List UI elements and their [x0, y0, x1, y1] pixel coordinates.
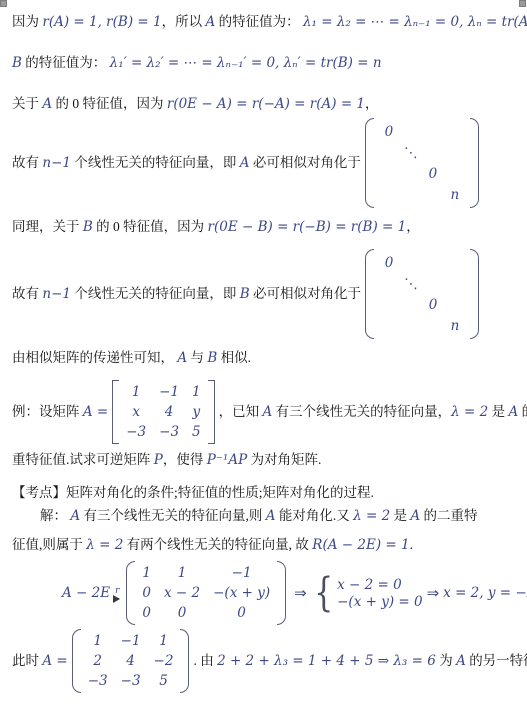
matrix-cell: x [132, 404, 140, 420]
matrix-cell: 5 [159, 673, 168, 689]
matrix-cell: 0 [429, 297, 438, 313]
matrix-cell: 1 [192, 384, 201, 400]
math-run: B [83, 219, 93, 235]
final-matrix-a: 1 −1 1 2 4 −2 −3 −3 5 [72, 629, 190, 693]
left-paren [126, 561, 135, 625]
math-run: n−1 [42, 155, 71, 171]
text-run: 能对角化.又 [276, 508, 354, 523]
math-run: λ₁′ = λ₂′ = ⋯ = λₙ₋₁′ = 0, λₙ′ = tr(B) =… [110, 55, 382, 71]
text-run: 是 [488, 404, 508, 419]
matrix-cell: 4 [126, 653, 135, 669]
para-similarity-conclusion: 由相似矩阵的传递性可知， A 与 B 相似. [12, 348, 525, 368]
text-run: 的特征值为： [215, 14, 303, 29]
text-run: ， [406, 219, 420, 234]
matrix-cell: 0 [385, 255, 394, 271]
text-run: 故有 [12, 155, 42, 170]
text-run: 征值,则属于 [12, 537, 86, 552]
example-matrix-a: 1 −1 1 x 4 y −3 −3 5 [112, 380, 214, 444]
reduced-matrix: 1 1 −1 0 x − 2 −(x + y) 0 0 0 [126, 561, 286, 625]
matrix-cell: 0 [429, 166, 438, 182]
matrix-cell: x − 2 [164, 585, 200, 601]
matrix-cell: −3 [159, 424, 179, 440]
math-run: r(0E − A) = r(−A) = r(A) = 1 [167, 96, 365, 112]
left-bracket [112, 380, 119, 444]
para-diagonalize-b: 故有 n−1 个线性无关的特征向量，即 B 必可相似对角化于 [12, 284, 361, 304]
matrix-cell: −1 [121, 633, 141, 649]
text-run: 的特征值为： [22, 55, 110, 70]
equation-2: −(x + y) = 0 [337, 594, 422, 610]
text-run: 的二重特 [420, 508, 477, 523]
text-run: ， [365, 96, 379, 111]
matrix-cell: n [451, 318, 460, 334]
diag-dots: ⋱ [404, 145, 418, 161]
para-solution-line1: 解： A 有三个线性无关的特征向量,则 A 能对角化.又 λ = 2 是 A 的… [12, 506, 525, 526]
text-run: 有两个线性无关的特征向量, 故 [123, 537, 312, 552]
right-paren [277, 561, 286, 625]
math-run: r(A) = 1, r(B) = 1 [42, 14, 161, 30]
arrow-shaft [115, 598, 119, 599]
math-run: A = [83, 404, 108, 420]
math-run: B [12, 55, 22, 71]
matrix-cell: 0 [142, 605, 151, 621]
equation-system-lines: x − 2 = 0 −(x + y) = 0 [337, 577, 422, 610]
matrix-cell: −1 [232, 565, 252, 581]
math-run: A [70, 508, 80, 524]
diag-dots: ⋱ [404, 276, 418, 292]
diagonal-matrix-a: 0 ⋱ 0 n [365, 118, 479, 208]
matrix-cell: 0 [142, 585, 151, 601]
text-run: 由相似矩阵的传递性可知， [12, 350, 177, 365]
para-exam-points: 【考点】矩阵对角化的条件;特征值的性质;矩阵对角化的过程. [12, 483, 525, 502]
text-run: 为对角矩阵. [247, 452, 321, 467]
matrix-cell: −3 [121, 673, 141, 689]
text-run: 的另一特征值. [466, 653, 527, 668]
text-run: ，使得 [163, 452, 207, 467]
math-run: P⁻¹AP [207, 452, 247, 468]
text-run: 有三个线性无关的特征向量， [272, 404, 451, 419]
math-run: A [42, 96, 52, 112]
selection-handle-top-left[interactable] [0, 0, 7, 7]
math-run: λ = 2 [86, 537, 123, 553]
diagonal-matrix-b: 0 ⋱ 0 n [365, 249, 479, 339]
math-run: A [263, 404, 273, 420]
equation-system: { x − 2 = 0 −(x + y) = 0 [311, 573, 423, 613]
matrix-cell: 1 [93, 633, 102, 649]
math-run: r(0E − B) = r(−B) = r(B) = 1 [208, 219, 407, 235]
row-final-matrix: 此时 A = 1 −1 1 2 4 −2 −3 −3 5 . 由 2 + 2 +… [12, 629, 525, 693]
diagonal-matrix-b-cells: 0 ⋱ 0 n [374, 249, 470, 339]
text-run: ，所以 [162, 14, 206, 29]
right-paren [180, 629, 189, 693]
text-run: 解： [40, 508, 70, 523]
left-paren [365, 249, 374, 339]
text-run: 有三个线性无关的特征向量,则 [80, 508, 266, 523]
selection-handle-top-right[interactable] [519, 0, 526, 7]
matrix-cell: 0 [385, 124, 394, 140]
reduced-matrix-cells: 1 1 −1 0 x − 2 −(x + y) 0 0 0 [135, 561, 277, 625]
document-page: 因为 r(A) = 1, r(B) = 1，所以 A 的特征值为： λ₁ = λ… [0, 0, 527, 719]
matrix-cell: 0 [178, 605, 187, 621]
text-run: 因为 [12, 14, 42, 29]
text-run: 相似. [217, 350, 251, 365]
matrix-cell: 1 [178, 565, 187, 581]
text-run: 例：设矩阵 [12, 404, 83, 419]
text-run: 与 [187, 350, 207, 365]
math-run: A [456, 653, 466, 669]
right-paren [470, 249, 479, 339]
math-run: λ = 2 [353, 508, 390, 524]
left-paren [72, 629, 81, 693]
text-run: 的 0 特征值，因为 [93, 219, 208, 234]
matrix-cell: y [193, 404, 201, 420]
row-reduce-arrow: r [115, 587, 119, 599]
text-run: 个线性无关的特征向量，即 [71, 286, 240, 301]
math-run: n−1 [42, 286, 71, 302]
matrix-cell: −3 [126, 424, 146, 440]
math-run: A [205, 14, 215, 30]
text-run: 【考点】矩阵对角化的条件;特征值的性质;矩阵对角化的过程. [12, 485, 374, 500]
matrix-cell: n [451, 187, 460, 203]
text-run: 必可相似对角化于 [250, 286, 361, 301]
solution-xy: x = 2, y = −2 [443, 585, 527, 601]
text-run: 重特征值.试求可逆矩阵 [12, 452, 154, 467]
matrix-cell: −(x + y) [213, 585, 270, 601]
text-run: 是 [390, 508, 410, 523]
math-run: λ = 2 [451, 404, 488, 420]
diagonal-matrix-a-cells: 0 ⋱ 0 n [374, 118, 470, 208]
matrix-cell: 1 [159, 633, 168, 649]
math-run: P [154, 452, 163, 468]
para-example-question: 重特征值.试求可逆矩阵 P，使得 P⁻¹AP 为对角矩阵. [12, 450, 525, 470]
para-zero-eigenvalue-a: 关于 A 的 0 特征值，因为 r(0E − A) = r(−A) = r(A)… [12, 94, 525, 114]
row-row-reduction: A − 2E r 1 1 −1 0 x − 2 −(x + y) 0 0 0 [62, 561, 525, 625]
matrix-cell: −1 [159, 384, 179, 400]
right-paren [470, 118, 479, 208]
para-final-lead: 此时 A = [12, 651, 68, 671]
expression-a-minus-2e: A − 2E [62, 585, 110, 601]
para-eigenvalues-of-b: B 的特征值为： λ₁′ = λ₂′ = ⋯ = λₙ₋₁′ = 0, λₙ′ … [12, 53, 525, 73]
math-run: R(A − 2E) = 1 [312, 537, 409, 553]
row-diagonalize-b: 故有 n−1 个线性无关的特征向量，即 B 必可相似对角化于 0 ⋱ 0 n [12, 249, 525, 339]
para-example-lead: 例：设矩阵 A = [12, 402, 108, 422]
matrix-cell: 1 [142, 565, 151, 581]
text-run: 此时 [12, 653, 42, 668]
final-matrix-cells: 1 −1 1 2 4 −2 −3 −3 5 [81, 629, 181, 693]
text-run: 故有 [12, 286, 42, 301]
math-run: A [508, 404, 518, 420]
matrix-cell: 2 [93, 653, 102, 669]
example-matrix-cells: 1 −1 1 x 4 y −3 −3 5 [119, 380, 207, 444]
para-solution-line2: 征值,则属于 λ = 2 有两个线性无关的特征向量, 故 R(A − 2E) =… [12, 535, 525, 555]
para-example-tail: ，已知 A 有三个线性无关的特征向量，λ = 2 是 A 的二 [219, 402, 527, 422]
text-run: 必可相似对角化于 [249, 155, 360, 170]
text-run: 关于 [12, 96, 42, 111]
matrix-cell: 5 [192, 424, 201, 440]
matrix-cell: 1 [132, 384, 141, 400]
math-run: A [266, 508, 276, 524]
math-run: A [177, 350, 187, 366]
text-run: 为 [436, 653, 456, 668]
left-brace: { [314, 573, 333, 613]
equation-1: x − 2 = 0 [337, 577, 422, 593]
matrix-cell: 4 [165, 404, 174, 420]
math-run: λ₁ = λ₂ = ⋯ = λₙ₋₁ = 0, λₙ = tr(A) = n [303, 14, 527, 30]
matrix-cell: −3 [88, 673, 108, 689]
text-run: . 由 [193, 653, 217, 668]
row-example-statement: 例：设矩阵 A = 1 −1 1 x 4 y −3 −3 5 ，已知 A 有三个… [12, 380, 525, 444]
text-run: 同理，关于 [12, 219, 83, 234]
document-content: 因为 r(A) = 1, r(B) = 1，所以 A 的特征值为： λ₁ = λ… [0, 0, 527, 693]
matrix-cell: −2 [154, 653, 174, 669]
row-diagonalize-a: 故有 n−1 个线性无关的特征向量，即 A 必可相似对角化于 0 ⋱ 0 n [12, 118, 525, 208]
para-zero-eigenvalue-b: 同理，关于 B 的 0 特征值，因为 r(0E − B) = r(−B) = r… [12, 217, 525, 237]
text-run: 的 0 特征值，因为 [52, 96, 167, 111]
para-eigenvalues-of-a: 因为 r(A) = 1, r(B) = 1，所以 A 的特征值为： λ₁ = λ… [12, 12, 525, 32]
text-run: 个线性无关的特征向量，即 [71, 155, 240, 170]
math-run: A = [42, 653, 67, 669]
text-run: . [410, 537, 413, 552]
implies-arrow: ⇒ [294, 584, 307, 602]
para-diagonalize-a: 故有 n−1 个线性无关的特征向量，即 A 必可相似对角化于 [12, 153, 361, 173]
para-final-tail: . 由 2 + 2 + λ₃ = 1 + 4 + 5 ⇒ λ₃ = 6 为 A … [193, 651, 527, 671]
right-bracket [208, 380, 215, 444]
implies-arrow: ⇒ [427, 584, 440, 602]
text-run: 的二 [518, 404, 527, 419]
text-run: ，已知 [219, 404, 263, 419]
matrix-cell: 0 [237, 605, 246, 621]
math-run: B [207, 350, 217, 366]
math-run: B [240, 286, 250, 302]
left-paren [365, 118, 374, 208]
math-run: A [410, 508, 420, 524]
math-run: 2 + 2 + λ₃ = 1 + 4 + 5 ⇒ λ₃ = 6 [217, 653, 436, 669]
